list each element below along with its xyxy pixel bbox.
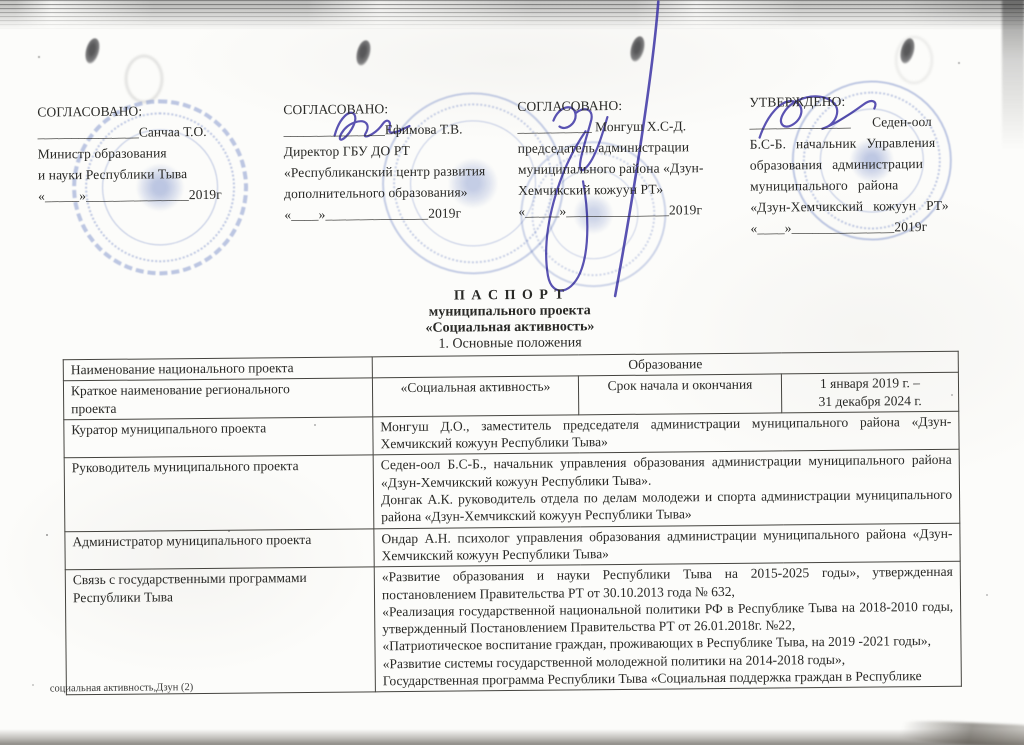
table-row-leader: Руководитель муниципального проекта Седе… [64,450,960,532]
row-value: Монгуш Д.О., заместитель председателя ад… [373,411,959,455]
approval-heading: СОГЛАСОВАНО: [283,97,519,120]
period-label: Срок начала и окончания [578,374,781,415]
date-line: «____»_______________2019г [750,215,992,238]
table-row-state-programs: Связь с государственными программами Рес… [65,561,961,695]
approval-block-director: СОГЛАСОВАНО: _______________Ефимова Т.В.… [283,97,520,225]
date-line: «____»_______________2019г [284,202,520,225]
passport-table: Наименование национального проекта Образ… [63,351,962,696]
footer-file-note: социальная активность,Дзун (2) [50,682,193,694]
row-label: Руководитель муниципального проекта [64,455,374,531]
document-content: СОГЛАСОВАНО: _______________Санчаа Т.О. … [0,0,1024,745]
approver-position: Б.С-Б. начальник Управления образования … [750,131,993,217]
approval-heading: УТВЕРЖДЕНО: [749,89,991,112]
signature-line: ___________ Монгуш Х.С-Д. [517,115,747,138]
approval-heading: СОГЛАСОВАНО: [37,99,267,122]
scanned-document-page: СОГЛАСОВАНО: _______________Санчаа Т.О. … [0,0,1024,745]
project-short-name: «Социальная активность» [372,376,578,417]
approval-block-minister: СОГЛАСОВАНО: _______________Санчаа Т.О. … [37,99,268,206]
row-label: Наименование национального проекта [63,357,372,381]
period-value: 1 января 2019 г. – 31 декабря 2024 г. [781,373,958,413]
signature-line: _______________ Седен-оол [749,110,991,133]
row-value: Седен-оол Б.С-Б., начальник управления о… [373,450,960,529]
approval-block-head-of-education: УТВЕРЖДЕНО: _______________ Седен-оол Б.… [749,89,992,238]
row-value: Ондар А.Н. психолог управления образован… [374,523,960,567]
approver-position: председатель администрации муниципальног… [518,136,749,201]
approval-block-chairman: СОГЛАСОВАНО: ___________ Монгуш Х.С-Д. п… [517,94,748,222]
signature-line: _______________Ефимова Т.В. [283,118,519,141]
date-line: «_____»_______________2019г [38,183,268,206]
row-label: Связь с государственными программами Рес… [65,567,375,695]
approval-heading: СОГЛАСОВАНО: [517,94,747,117]
row-value: «Развитие образования и науки Республики… [374,561,961,692]
approver-position: Министр образования и науки Республики Т… [38,141,268,185]
signature-line: _______________Санчаа Т.О. [37,120,267,143]
row-label: Куратор муниципального проекта [64,417,373,459]
row-label: Администратор муниципального проекта [65,529,374,571]
date-line: «_____»_______________2019г [518,199,748,222]
document-title: П А С П О Р Т муниципального проекта «Со… [62,284,958,357]
approver-position: Директор ГБУ ДО РТ «Республиканский цент… [284,139,521,204]
row-label: Краткое наименование регионального проек… [63,378,372,420]
